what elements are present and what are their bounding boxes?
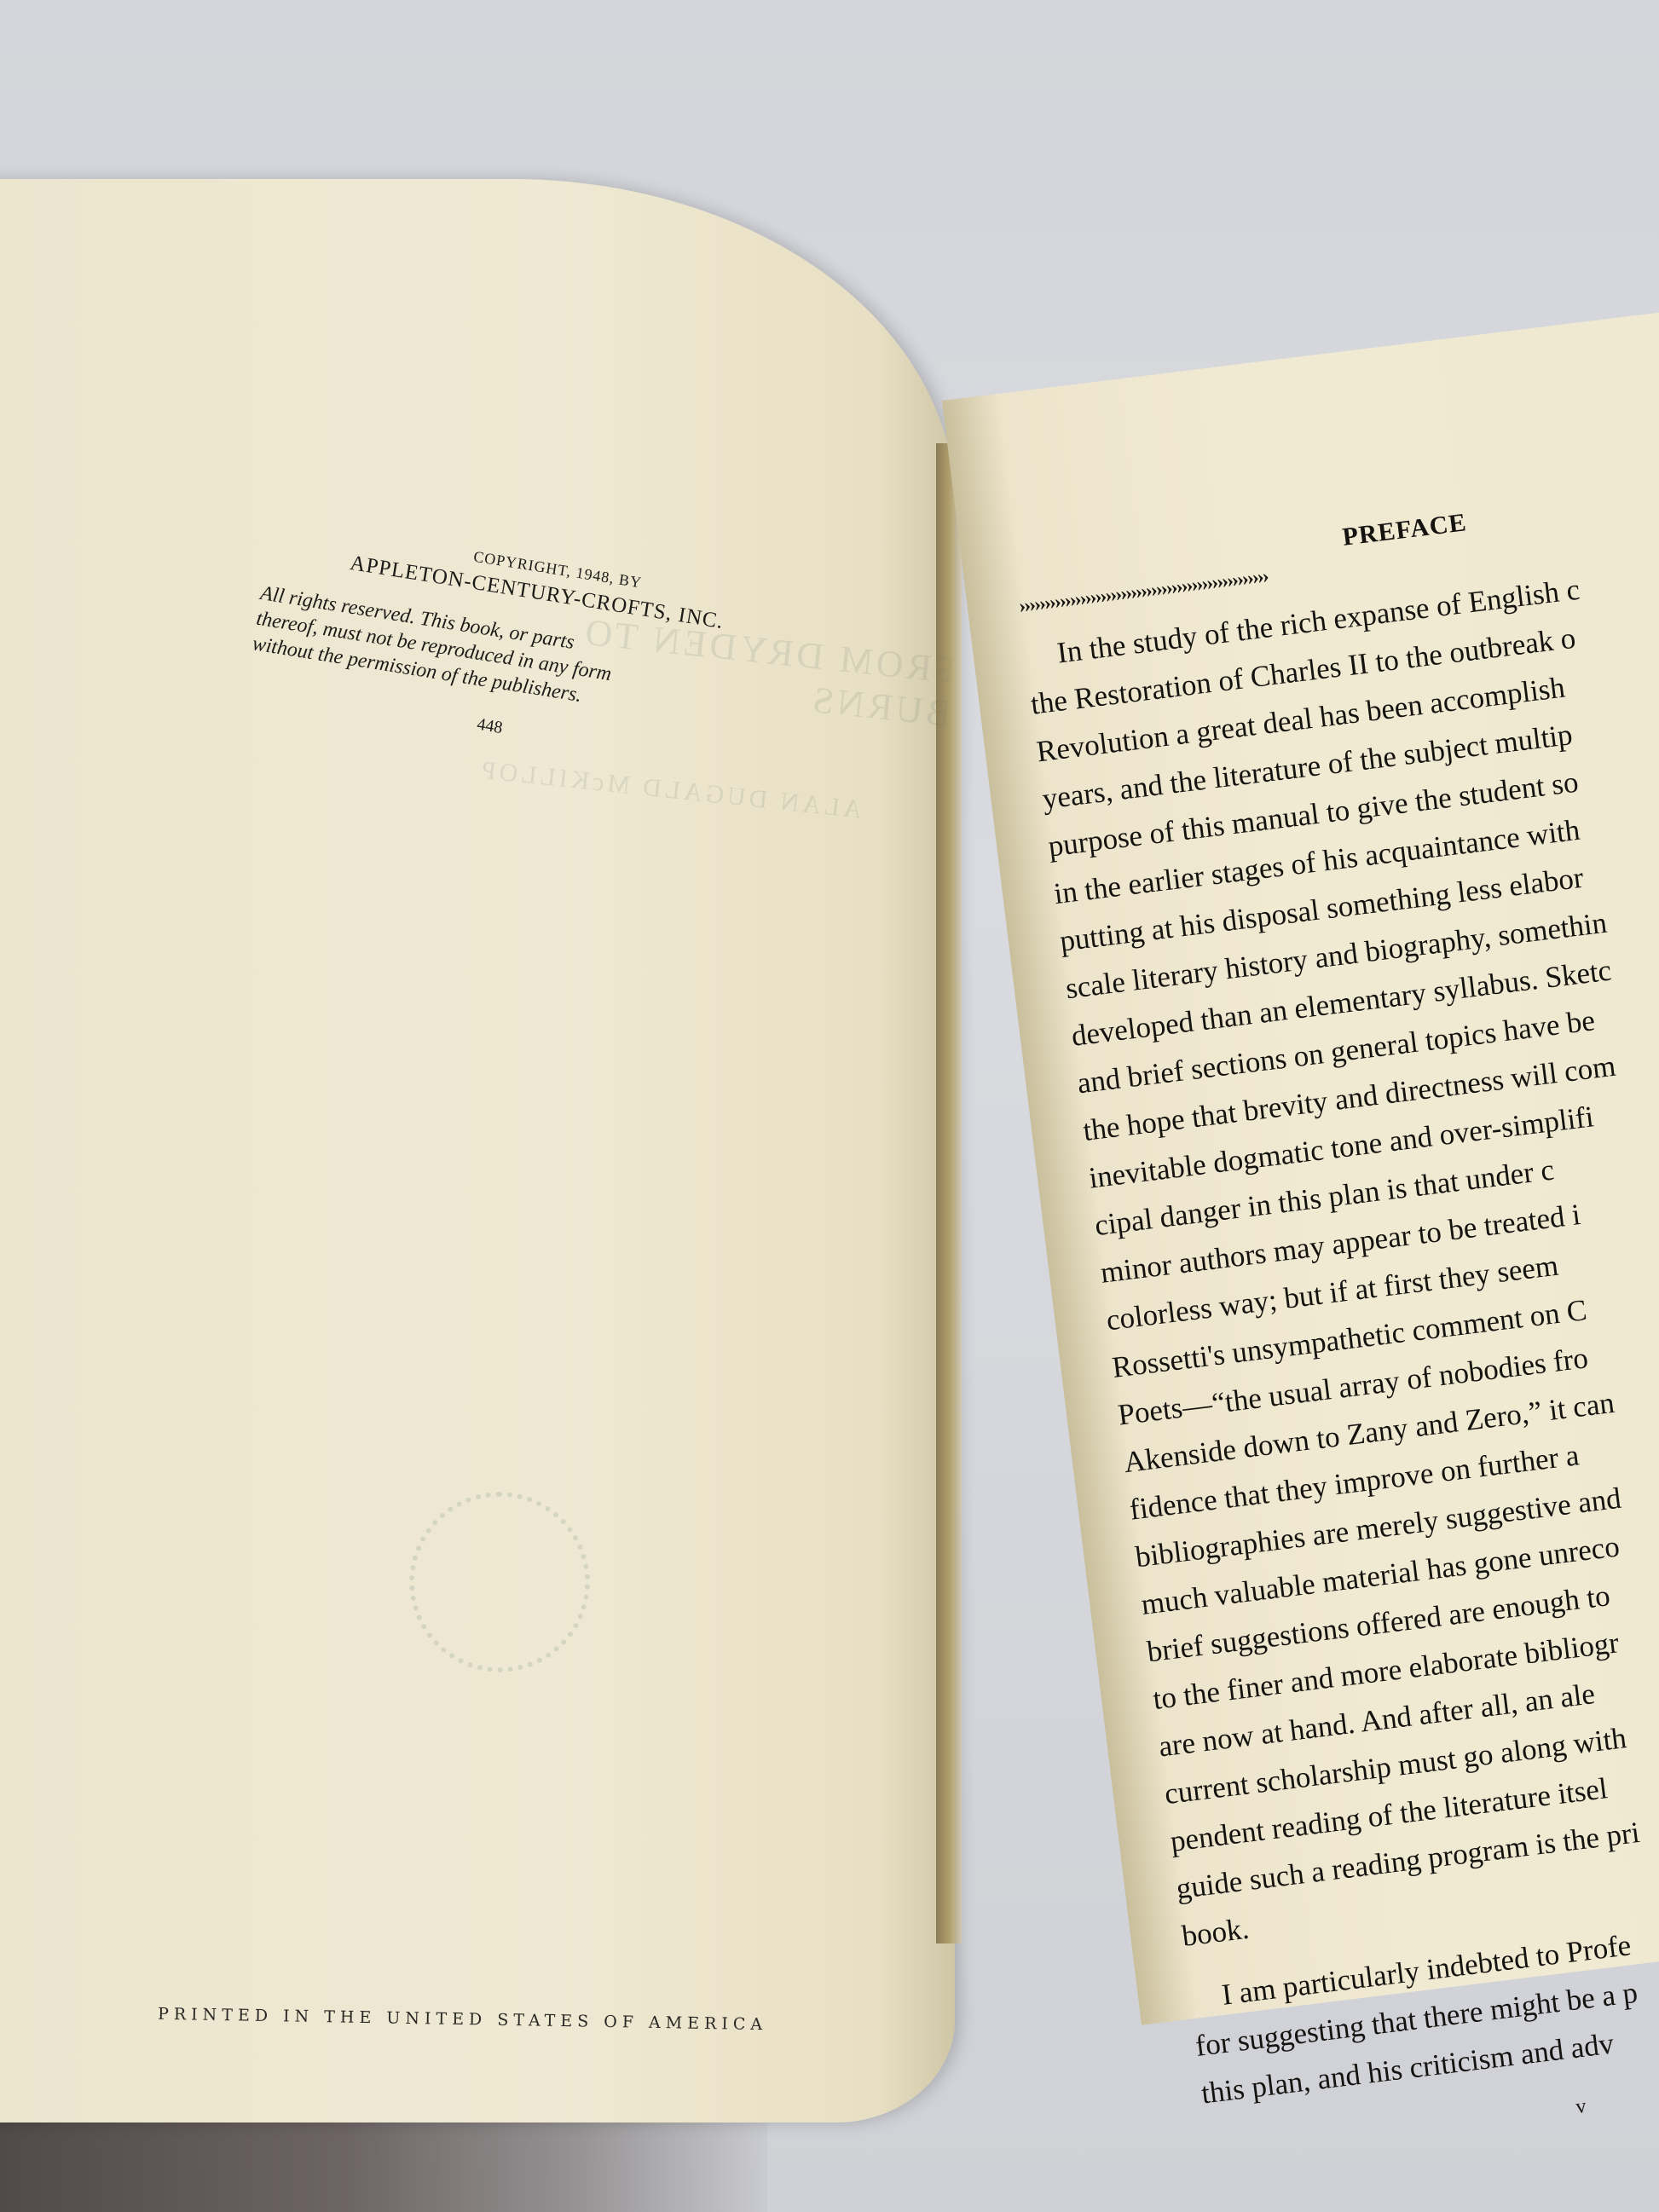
preface-paragraph-1: In the study of the rich expanse of Engl…: [1022, 530, 1659, 1961]
preface-block: PREFACE ››››››››››››››››››››››››››››››››…: [1014, 459, 1659, 2164]
copyright-block: COPYRIGHT, 1948, BY APPLETON-CENTURY-CRO…: [244, 516, 812, 783]
right-page: PREFACE ››››››››››››››››››››››››››››››››…: [942, 286, 1659, 2025]
printed-in-footer: PRINTED IN THE UNITED STATES OF AMERICA: [158, 2005, 767, 2034]
book-gutter: [936, 443, 962, 1943]
show-through-author: ALAN DUGALD McKILLOP: [477, 755, 863, 824]
left-page: FROM DRYDEN TO BURNS ALAN DUGALD McKILLO…: [0, 179, 955, 2122]
rights-notice: All rights reserved. This book, or parts…: [251, 580, 801, 742]
show-through-emblem-icon: [409, 1492, 590, 1672]
